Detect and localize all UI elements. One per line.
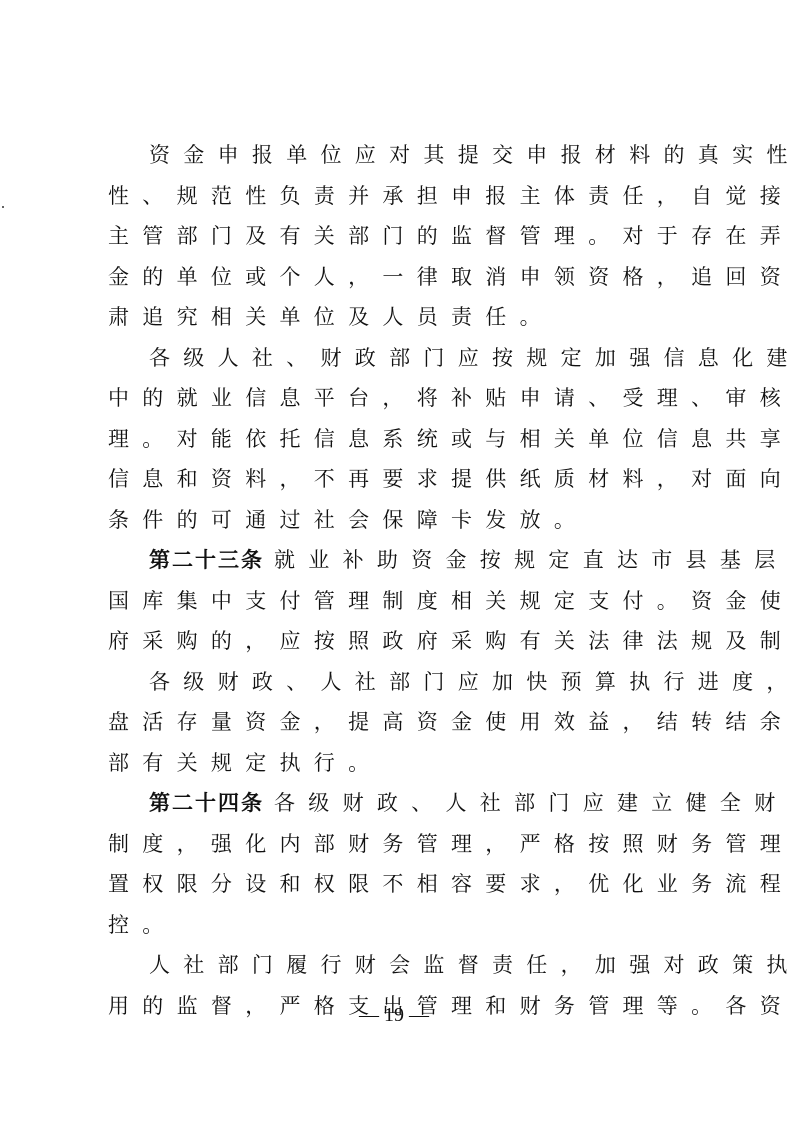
page-number: — 19 — [0,1002,788,1028]
text-line: 中的就业信息平台，将补贴申请、受理、审核、拨付纳入系统管 [108,378,700,419]
text-line: 信息和资料，不再要求提供纸质材料，对面向个人的补贴，具备 [108,459,700,500]
text-segment: 各级财政、人社部门应建立健全财务管理规章 [274,791,788,815]
text-line: 控。 [108,905,700,946]
text-line: 主管部门及有关部门的监督管理。对于存在弄虚作假骗取补贴资 [108,216,700,257]
text-line: 金的单位或个人，一律取消申领资格，追回资金，并依法依规严 [108,257,700,298]
article-23: 第二十三条就业补助资金按规定直达市县基层，严格按照 国库集中支付管理制度相关规定… [108,540,700,662]
text-line: 理。对能依托信息系统或与相关单位信息共享、业务协同获得的 [108,419,700,460]
text-line: 肃追究相关单位及人员责任。 [108,297,700,338]
paragraph-informatization: 各级人社、财政部门应按规定加强信息化建设，依托全省集 中的就业信息平台，将补贴申… [108,338,700,541]
text-line: 第二十三条就业补助资金按规定直达市县基层，严格按照 [108,540,700,581]
text-line: 国库集中支付管理制度相关规定支付。资金使用过程中，涉及政 [108,581,700,622]
paragraph-budget-execution: 各级财政、人社部门应加快预算执行进度，及时拨付到位， 盘活存量资金，提高资金使用… [108,662,700,784]
article-24: 第二十四条各级财政、人社部门应建立健全财务管理规章 制度，强化内部财务管理，严格… [108,783,700,945]
article-heading: 第二十四条 [149,791,264,815]
article-heading: 第二十三条 [149,548,264,572]
text-line: 资金申报单位应对其提交申报材料的真实性、准确性、完整 [108,135,700,176]
document-page: 资金申报单位应对其提交申报材料的真实性、准确性、完整 性、规范性负责并承担申报主… [0,0,788,1130]
text-line: 制度，强化内部财务管理，严格按照财务管理规定，落实岗位设 [108,824,700,865]
text-line: 置权限分设和权限不相容要求，优化业务流程，加强内部风险防 [108,864,700,905]
text-line: 部有关规定执行。 [108,743,700,784]
text-line: 性、规范性负责并承担申报主体责任，自觉接受并积极配合上级 [108,176,700,217]
text-line: 条件的可通过社会保障卡发放。 [108,500,700,541]
scan-artifact-dot [2,206,4,208]
text-line: 人社部门履行财会监督责任，加强对政策执行情况和资金使 [108,945,700,986]
text-line: 第二十四条各级财政、人社部门应建立健全财务管理规章 [108,783,700,824]
document-body: 资金申报单位应对其提交申报材料的真实性、准确性、完整 性、规范性负责并承担申报主… [108,135,700,1026]
text-segment: 就业补助资金按规定直达市县基层，严格按照 [274,548,788,572]
text-line: 各级财政、人社部门应加快预算执行进度，及时拨付到位， [108,662,700,703]
text-line: 盘活存量资金，提高资金使用效益，结转结余资金管理按照财政 [108,702,700,743]
paragraph-applicant-responsibility: 资金申报单位应对其提交申报材料的真实性、准确性、完整 性、规范性负责并承担申报主… [108,135,700,338]
text-line: 府采购的，应按照政府采购有关法律法规及制度执行。 [108,621,700,662]
text-line: 各级人社、财政部门应按规定加强信息化建设，依托全省集 [108,338,700,379]
